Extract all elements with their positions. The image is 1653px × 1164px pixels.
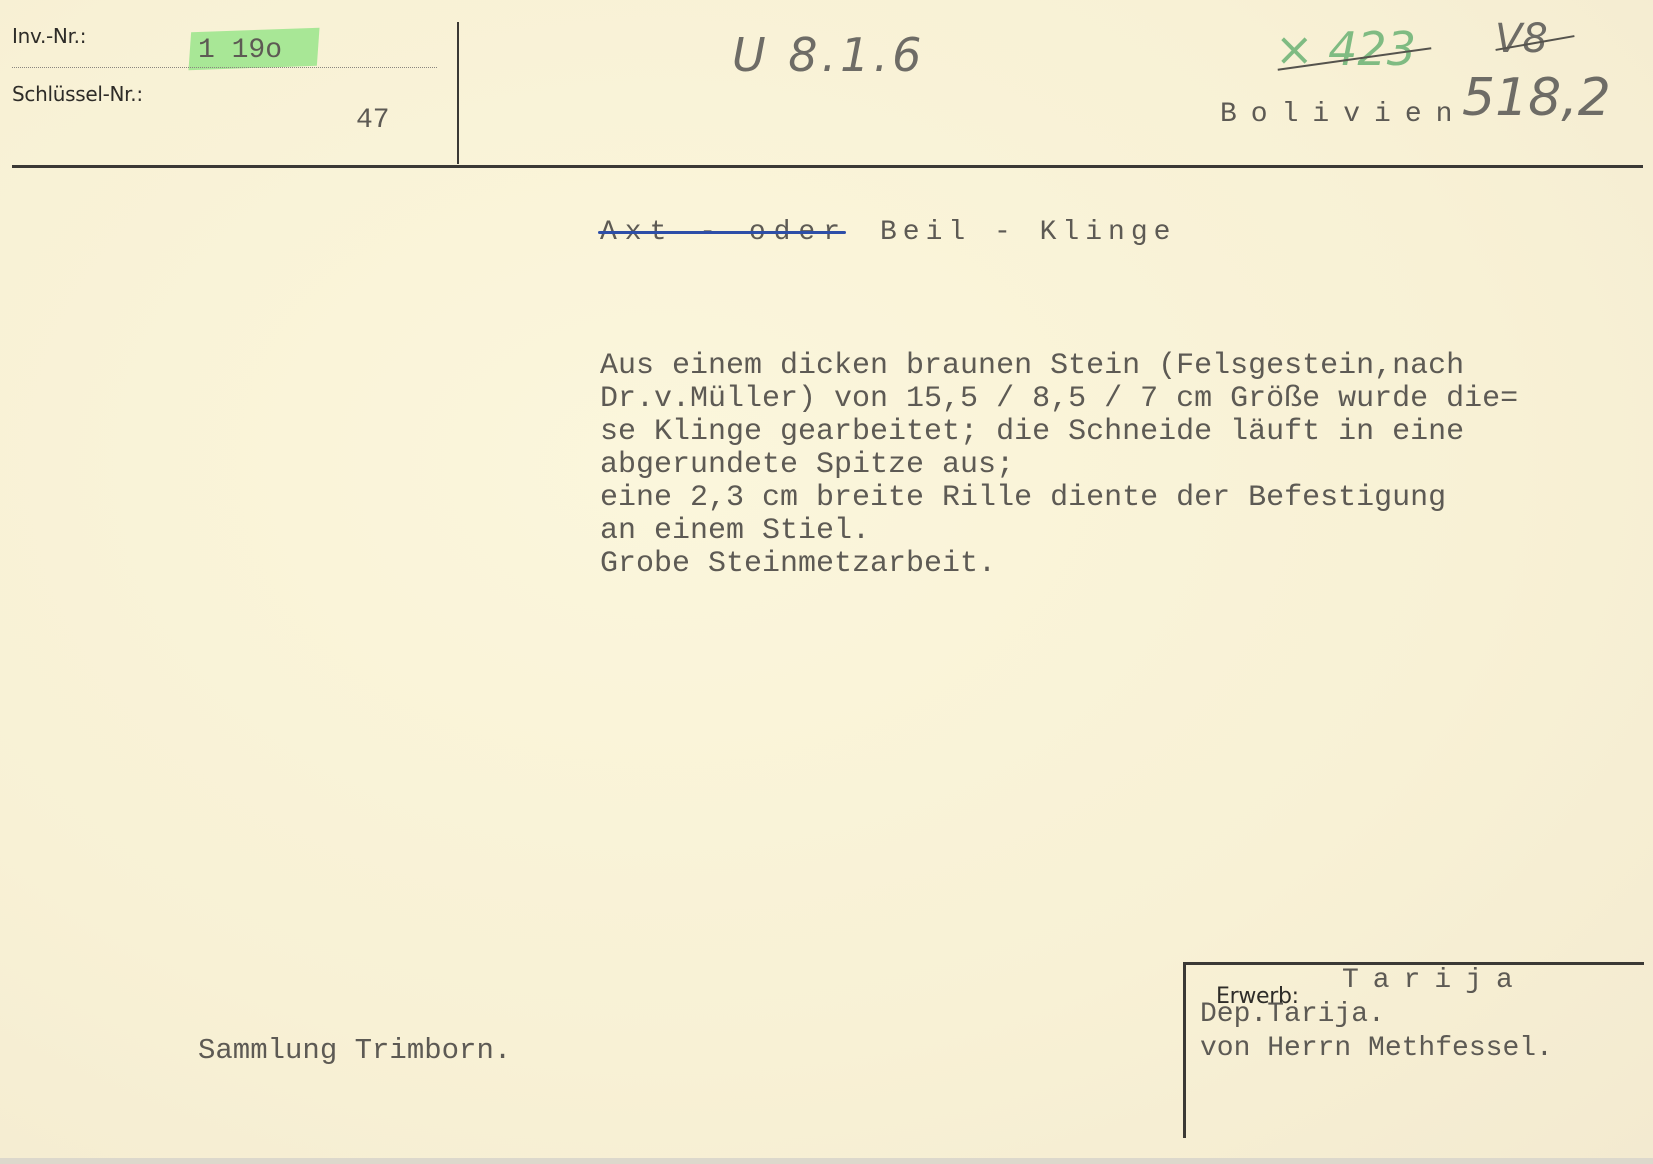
collection-name: Sammlung Trimborn. — [198, 1034, 511, 1067]
schluessel-nr-label: Schlüssel-Nr.: — [12, 82, 143, 106]
object-title: Beil - Klinge — [880, 216, 1176, 249]
inv-nr-value: 1 19o — [198, 34, 282, 67]
handwritten-catalog-number: U 8.1.6 — [732, 28, 925, 82]
dotted-rule — [12, 67, 437, 68]
header-divider — [457, 22, 459, 164]
new-number: 518,2 — [1462, 68, 1611, 128]
inv-nr-label: Inv.-Nr.: — [12, 24, 86, 48]
description-line: se Klinge gearbeitet; die Schneide läuft… — [600, 416, 1518, 449]
acquisition-left-rule — [1183, 962, 1186, 1138]
description-line: Dr.v.Müller) von 15,5 / 8,5 / 7 cm Größe… — [600, 383, 1518, 416]
card-edge — [0, 1158, 1653, 1164]
old-number-pencil: V8 — [1495, 16, 1548, 62]
country: Bolivien — [1220, 98, 1466, 131]
description-line: eine 2,3 cm breite Rille diente der Befe… — [600, 482, 1518, 515]
acquisition-line: von Herrn Methfessel. — [1200, 1032, 1553, 1065]
description-line: abgerundete Spitze aus; — [600, 449, 1518, 482]
title-strike — [598, 231, 846, 234]
acquisition-place: Tarija — [1342, 964, 1527, 997]
description: Aus einem dicken braunen Stein (Felsgest… — [600, 350, 1518, 581]
description-line: an einem Stiel. — [600, 515, 1518, 548]
acquisition-line: Dep.Tarija. — [1200, 998, 1385, 1031]
schluessel-nr-value: 47 — [356, 104, 390, 137]
description-line: Grobe Steinmetzarbeit. — [600, 548, 1518, 581]
description-line: Aus einem dicken braunen Stein (Felsgest… — [600, 350, 1518, 383]
catalog-card: Inv.-Nr.: 1 19o Schlüssel-Nr.: 47 U 8.1.… — [0, 0, 1653, 1164]
header-rule — [12, 165, 1643, 168]
